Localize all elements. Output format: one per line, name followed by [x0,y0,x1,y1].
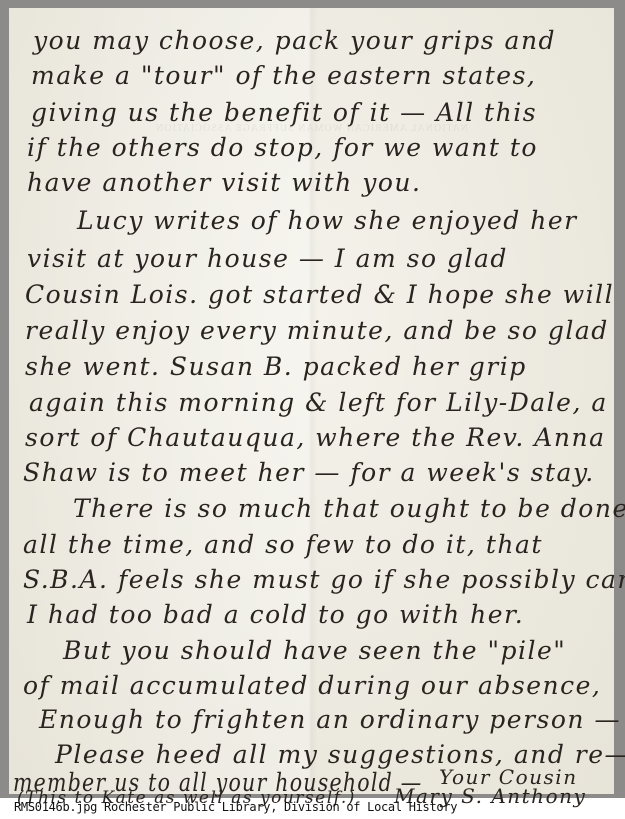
letter-line: Enough to frighten an ordinary person — [39,705,621,734]
letter-line: Lucy writes of how she enjoyed her [77,206,578,235]
letter-line: S.B.A. feels she must go if she possibly… [23,565,625,594]
letter-line: But you should have seen the "pile" [63,636,566,665]
letter-page: NATIONAL AMERICAN WOMAN SUFFRAGE ASSOCIA… [9,8,614,794]
letter-line: really enjoy every minute, and be so gla… [25,316,609,345]
letter-line: Shaw is to meet her — for a week's stay. [23,458,595,487]
letter-line: make a "tour" of the eastern states, [31,61,536,90]
letter-line: of mail accumulated during our absence, [23,671,601,700]
letter-line: have another visit with you. [27,168,421,197]
letter-line: you may choose, pack your grips and [33,26,556,55]
scan-border: NATIONAL AMERICAN WOMAN SUFFRAGE ASSOCIA… [0,0,625,798]
letter-line: There is so much that ought to be done [73,494,625,523]
image-caption: RMS0146b.jpg Rochester Public Library, D… [14,800,457,814]
letter-line: Cousin Lois. got started & I hope she wi… [25,280,614,309]
letter-line: again this morning & left for Lily-Dale,… [29,388,608,417]
letter-line: sort of Chautauqua, where the Rev. Anna [25,423,605,452]
letter-line: I had too bad a cold to go with her. [27,600,524,629]
letter-line: giving us the benefit of it — All this [31,98,537,127]
letter-line: all the time, and so few to do it, that [23,530,543,559]
letter-line: she went. Susan B. packed her grip [25,352,527,381]
letter-line: visit at your house — I am so glad [27,244,508,273]
letter-line: if the others do stop, for we want to [27,133,538,162]
